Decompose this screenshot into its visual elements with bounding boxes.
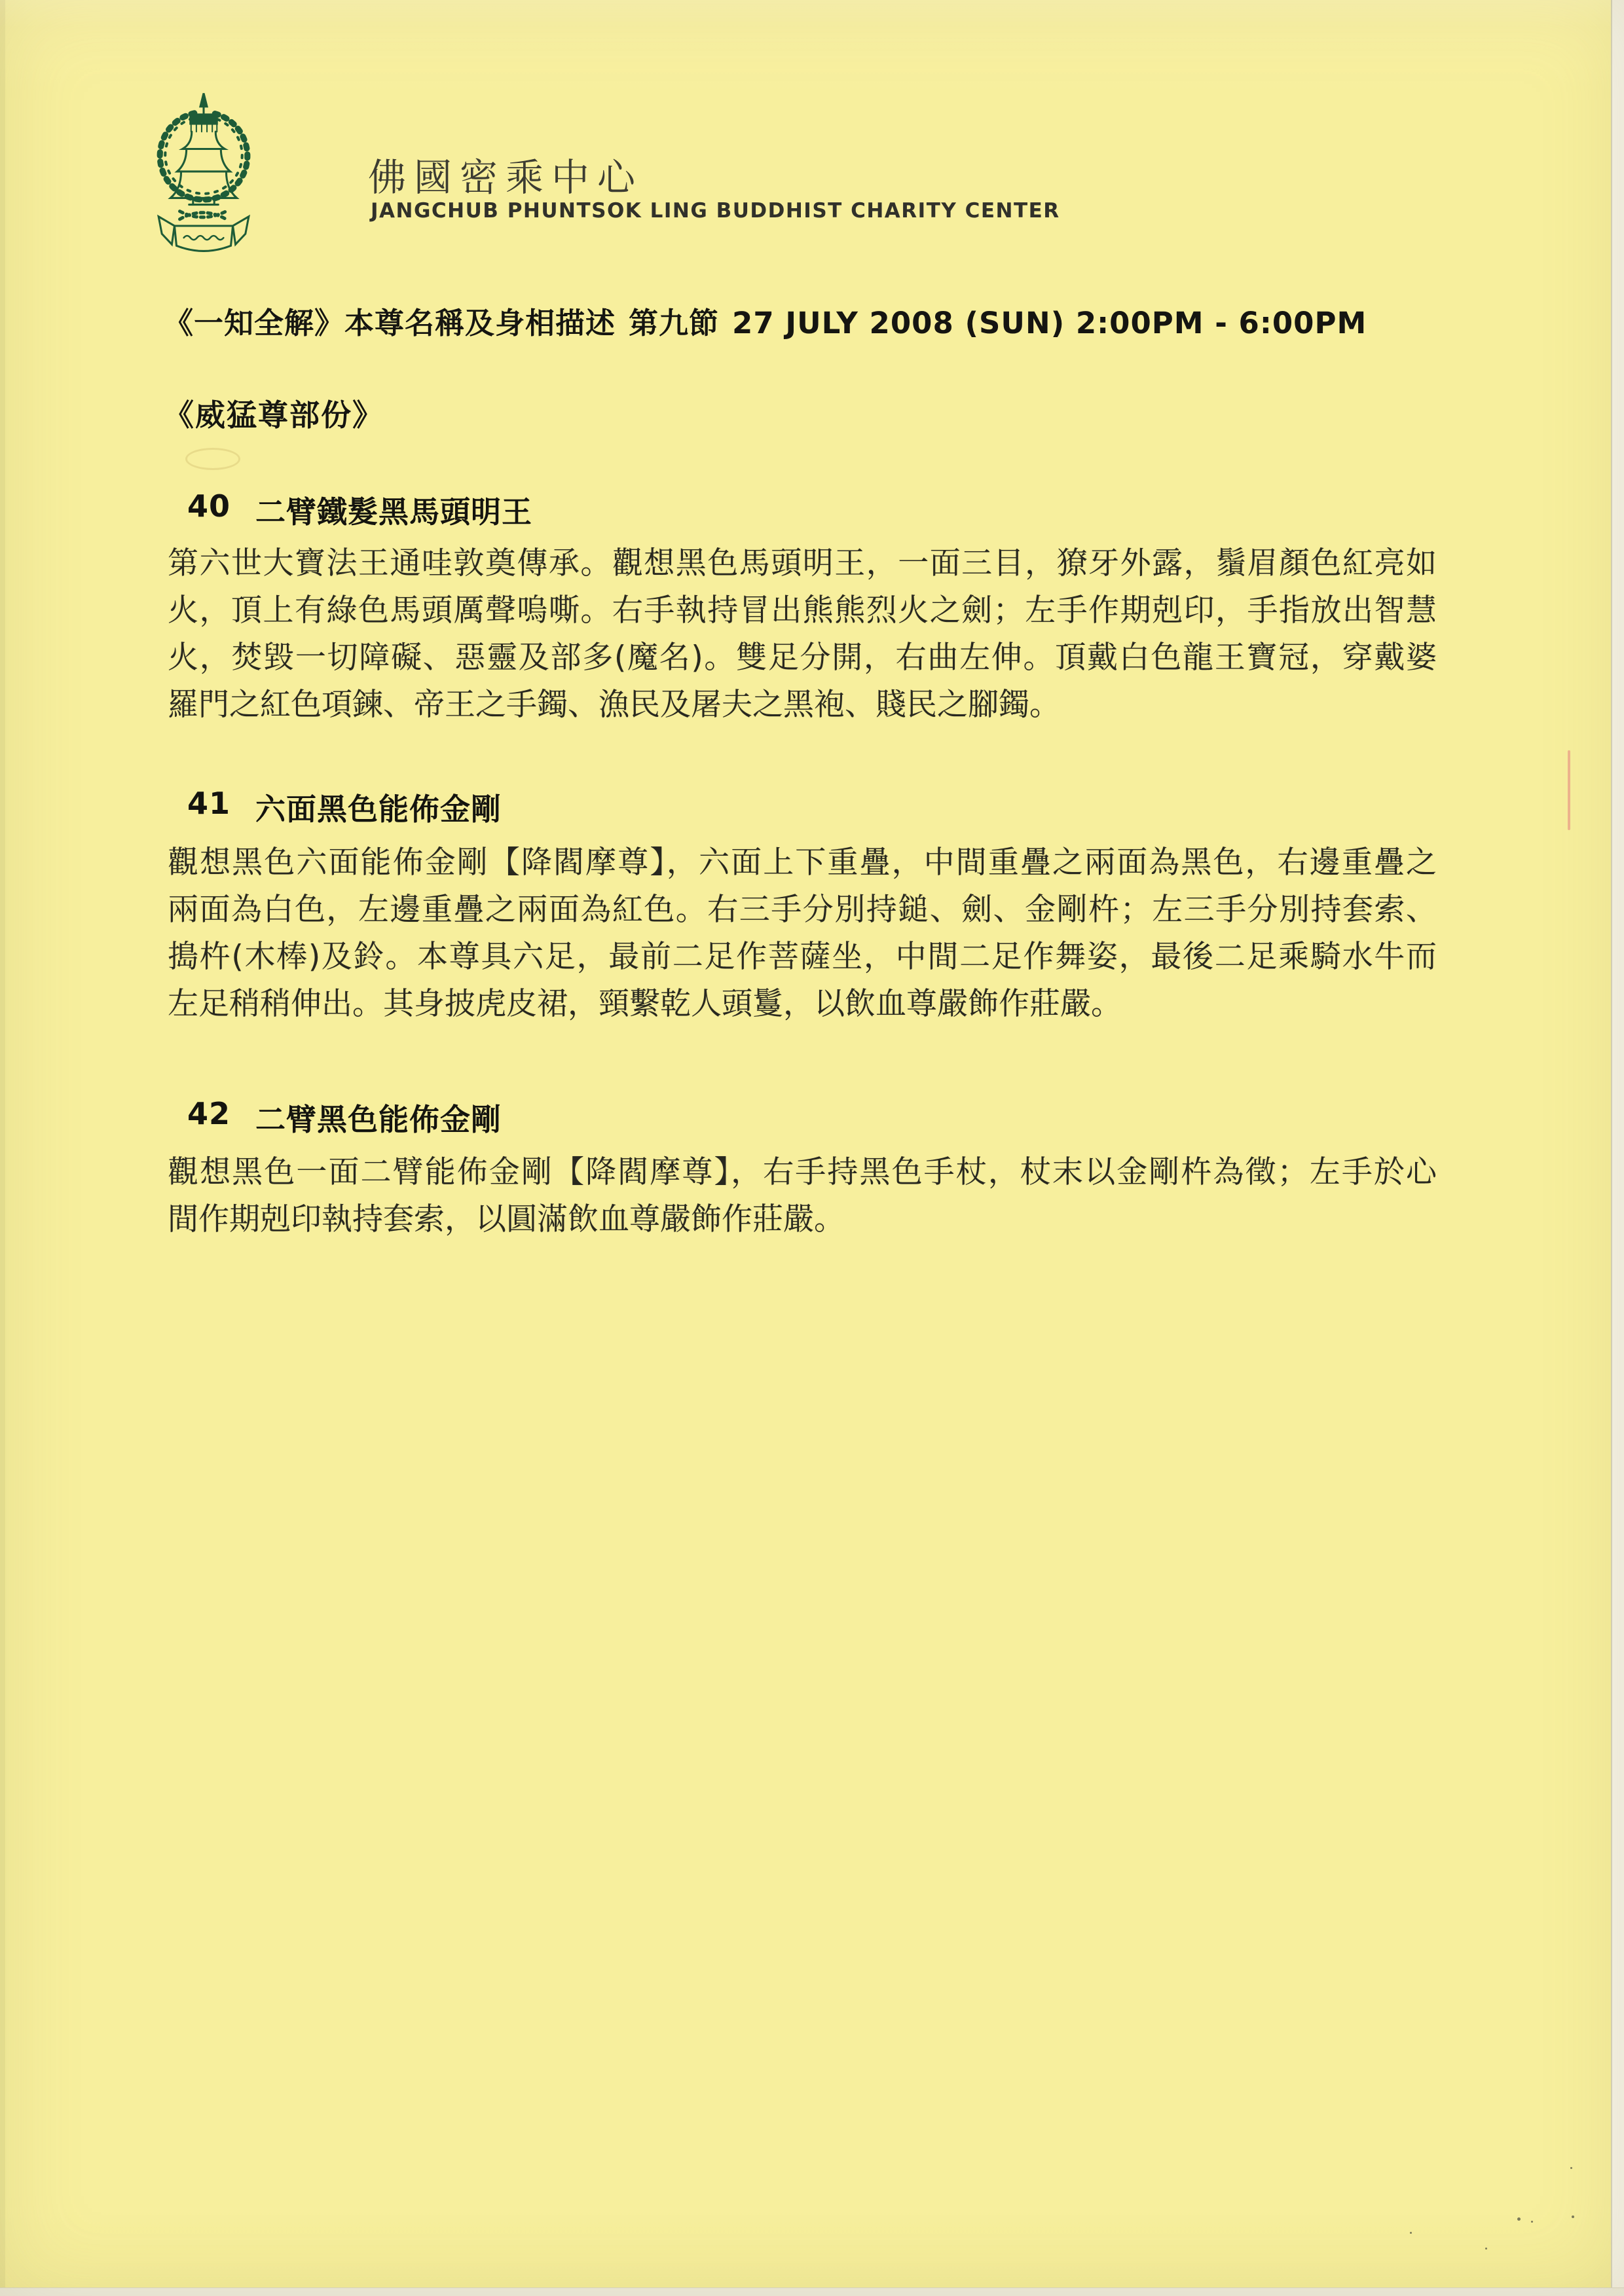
org-name-zh: 佛國密乘中心 (368, 147, 643, 202)
paragraph-line: 火，焚毀一切障礙、惡靈及部多(魔名)。雙足分開，右曲左伸。頂戴白色龍王寶冠，穿戴… (168, 634, 1437, 682)
section-heading: 40 二臂鐵髮黑馬頭明王 (187, 488, 532, 532)
scan-speck (1531, 2221, 1533, 2223)
paragraph-line: 羅門之紅色項鍊、帝王之手鐲、漁民及屠夫之黑袍、賤民之腳鐲。 (168, 682, 1437, 729)
section-number: 40 (187, 488, 231, 532)
stupa-icon (170, 93, 236, 204)
wreath-icon (160, 113, 248, 200)
title-subject: 本尊名稱及身相描述 (344, 306, 616, 340)
section-title: 六面黑色能佈金剛 (255, 786, 502, 829)
title-datetime: 27 JULY 2008 (SUN) 2:00PM - 6:00PM (732, 306, 1367, 340)
center-logo (151, 88, 257, 261)
ribbon-banner-icon (158, 217, 249, 251)
document-title: 《一知全解》本尊名稱及身相描述第九節27 JULY 2008 (SUN) 2:0… (164, 299, 1367, 342)
paragraph-line: 觀想黑色六面能佈金剛【降閻摩尊】，六面上下重疊，中間重疊之兩面為黑色，右邊重疊之 (168, 839, 1437, 886)
scan-edge-bottom (0, 2287, 1624, 2296)
scan-stain-mark (185, 448, 240, 470)
paragraph-line: 火，頂上有綠色馬頭厲聲嗚嘶。右手執持冒出熊熊烈火之劍；左手作期剋印，手指放出智慧 (168, 587, 1437, 634)
title-series: 《一知全解》 (164, 306, 344, 340)
paragraph-line: 左足稍稍伸出。其身披虎皮裙，頸繫乾人頭鬘，以飲血尊嚴飾作莊嚴。 (168, 981, 1437, 1028)
section-number: 41 (187, 786, 231, 829)
paragraph-line: 間作期剋印執持套索，以圓滿飲血尊嚴飾作莊嚴。 (168, 1196, 1437, 1243)
section-title: 二臂鐵髮黑馬頭明王 (255, 488, 532, 532)
scan-speck (1485, 2248, 1487, 2250)
paragraph-line: 搗杵(木棒)及鈴。本尊具六足，最前二足作菩薩坐，中間二足作舞姿，最後二足乘騎水牛… (168, 934, 1437, 981)
section-paragraph: 第六世大寶法王通哇敦奠傳承。觀想黑色馬頭明王，一面三目，獠牙外露，鬚眉顏色紅亮如… (168, 540, 1437, 729)
paragraph-line: 第六世大寶法王通哇敦奠傳承。觀想黑色馬頭明王，一面三目，獠牙外露，鬚眉顏色紅亮如 (168, 540, 1437, 587)
section-heading: 42 二臂黑色能佈金剛 (187, 1096, 502, 1139)
scan-edge-left (0, 0, 5, 2296)
section-number: 42 (187, 1096, 231, 1139)
section-paragraph: 觀想黑色一面二臂能佈金剛【降閻摩尊】，右手持黑色手杖，杖末以金剛杵為徵；左手於心… (168, 1149, 1437, 1243)
paragraph-line: 觀想黑色一面二臂能佈金剛【降閻摩尊】，右手持黑色手杖，杖末以金剛杵為徵；左手於心 (168, 1149, 1437, 1196)
paragraph-line: 兩面為白色，左邊重疊之兩面為紅色。右三手分別持鎚、劍、金剛杵；左三手分別持套索、 (168, 886, 1437, 934)
document-page: 佛國密乘中心 JANGCHUB PHUNTSOK LING BUDDHIST C… (0, 0, 1624, 2296)
title-session: 第九節 (629, 306, 719, 340)
section-paragraph: 觀想黑色六面能佈金剛【降閻摩尊】，六面上下重疊，中間重疊之兩面為黑色，右邊重疊之… (168, 839, 1437, 1028)
scan-artifact-red-line (1568, 750, 1570, 830)
scan-speck (1517, 2217, 1521, 2221)
section-heading: 41 六面黑色能佈金剛 (187, 786, 502, 829)
scan-speck (1572, 2215, 1574, 2218)
scan-speck (1570, 2167, 1572, 2169)
org-name-en: JANGCHUB PHUNTSOK LING BUDDHIST CHARITY … (371, 199, 1060, 223)
scan-speck (1410, 2232, 1412, 2234)
section-title: 二臂黑色能佈金剛 (255, 1096, 502, 1139)
scan-edge-right (1611, 0, 1624, 2296)
section-category: 《威猛尊部份》 (164, 392, 384, 435)
